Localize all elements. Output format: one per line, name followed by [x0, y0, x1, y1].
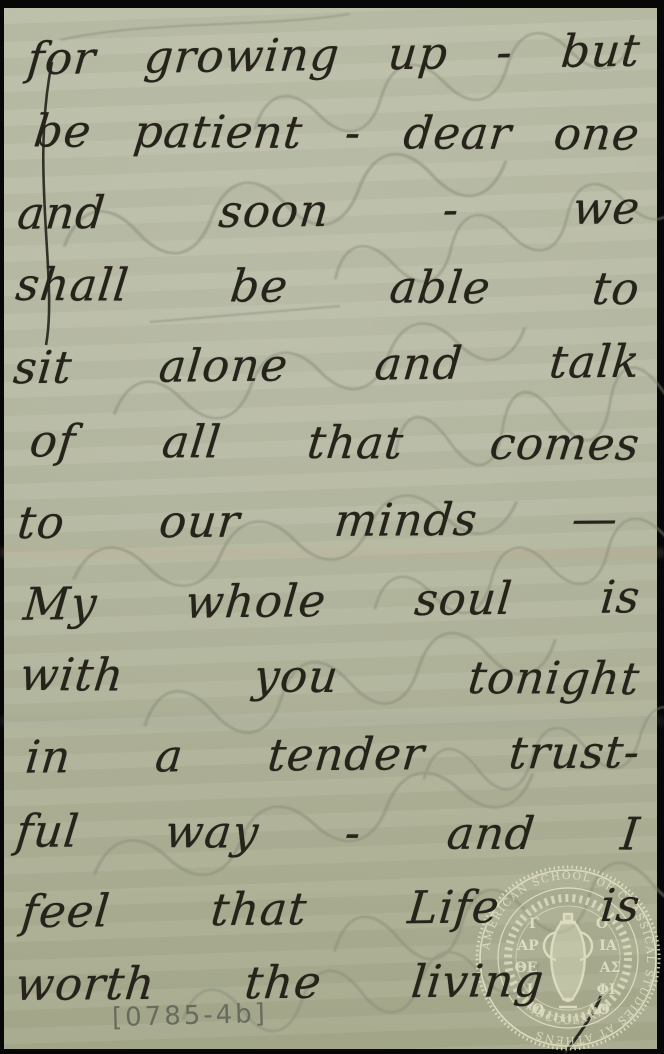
letter-line: shall be able to: [14, 262, 643, 311]
letter-line: worth the living: [14, 958, 547, 1007]
letter-line: of all that comes: [28, 418, 643, 466]
pencil-catalog-annotation: [0785-4b]: [112, 999, 269, 1033]
letter-line: in a tender trust-: [24, 729, 643, 779]
scanned-letter-page: AMERICAN SCHOOL OF CLASSICAL STUDIES AT …: [0, 0, 664, 1054]
letter-line: My whole soul is: [22, 574, 643, 627]
letter-line: for growing up - but: [26, 28, 643, 82]
letter-line: to our minds —: [16, 496, 621, 545]
handwritten-text: for growing up - but be patient - dear o…: [0, 0, 664, 1054]
letter-line: with you tonight: [18, 652, 643, 701]
letter-line: feel that Life is: [20, 883, 643, 934]
letter-line: sit alone and talk: [12, 339, 643, 391]
letter-line: and soon - we: [16, 185, 643, 235]
letter-line: be patient - dear one: [32, 108, 643, 156]
letter-line: ful way - and I: [14, 808, 643, 856]
